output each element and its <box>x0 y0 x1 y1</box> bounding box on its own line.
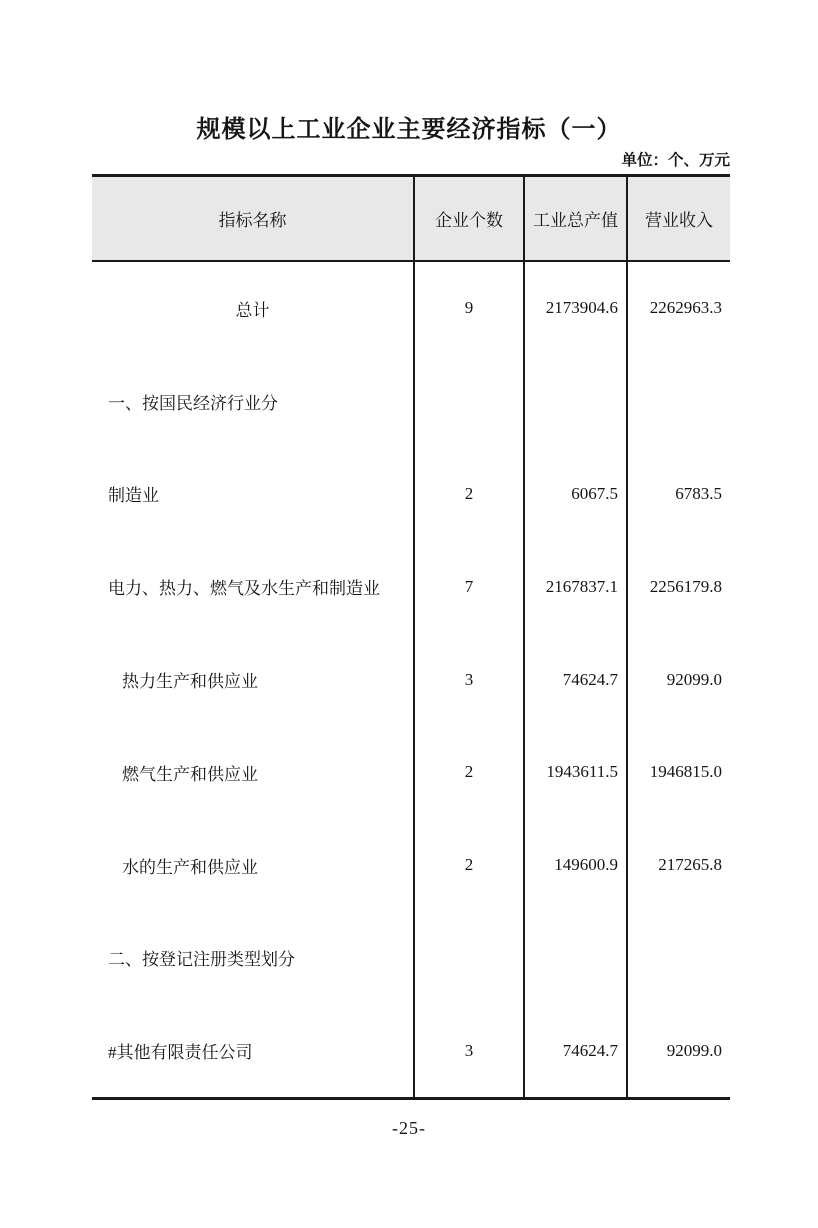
row-output: 2167837.1 <box>523 540 626 633</box>
row-label: 制造业 <box>92 448 413 541</box>
row-count: 9 <box>413 262 523 355</box>
row-output: 6067.5 <box>523 448 626 541</box>
row-revenue: 217265.8 <box>626 819 730 912</box>
table-row: 水的生产和供应业 2 149600.9 217265.8 <box>92 819 730 912</box>
table-row: #其他有限责任公司 3 74624.7 92099.0 <box>92 1004 730 1097</box>
column-header-operating-revenue: 营业收入 <box>626 177 730 260</box>
row-label: 水的生产和供应业 <box>92 819 413 912</box>
row-revenue <box>626 912 730 1005</box>
row-count <box>413 912 523 1005</box>
table-row: 二、按登记注册类型划分 <box>92 912 730 1005</box>
row-count: 2 <box>413 448 523 541</box>
row-label: 热力生产和供应业 <box>92 633 413 726</box>
table-row: 制造业 2 6067.5 6783.5 <box>92 448 730 541</box>
row-output: 1943611.5 <box>523 726 626 819</box>
page-number: -25- <box>0 1118 818 1139</box>
row-revenue: 1946815.0 <box>626 726 730 819</box>
indicators-table: 指标名称 企业个数 工业总产值 营业收入 总计 9 2173904.6 2262… <box>92 174 730 1100</box>
column-header-indicator-name: 指标名称 <box>92 177 413 260</box>
row-revenue: 92099.0 <box>626 633 730 726</box>
row-count: 3 <box>413 633 523 726</box>
row-revenue: 2256179.8 <box>626 540 730 633</box>
row-output: 149600.9 <box>523 819 626 912</box>
row-count: 2 <box>413 726 523 819</box>
row-count <box>413 355 523 448</box>
row-count: 7 <box>413 540 523 633</box>
table-header-row: 指标名称 企业个数 工业总产值 营业收入 <box>92 177 730 262</box>
row-count: 3 <box>413 1004 523 1097</box>
row-revenue: 2262963.3 <box>626 262 730 355</box>
row-revenue: 92099.0 <box>626 1004 730 1097</box>
column-header-gross-output: 工业总产值 <box>523 177 626 260</box>
row-label: 燃气生产和供应业 <box>92 726 413 819</box>
row-output <box>523 912 626 1005</box>
row-label: 电力、热力、燃气及水生产和制造业 <box>92 540 413 633</box>
row-label: 二、按登记注册类型划分 <box>92 912 413 1005</box>
row-label: #其他有限责任公司 <box>92 1004 413 1097</box>
row-label: 总计 <box>92 262 413 355</box>
row-output <box>523 355 626 448</box>
table-row: 一、按国民经济行业分 <box>92 355 730 448</box>
table-row: 总计 9 2173904.6 2262963.3 <box>92 262 730 355</box>
table-row: 燃气生产和供应业 2 1943611.5 1946815.0 <box>92 726 730 819</box>
row-output: 2173904.6 <box>523 262 626 355</box>
row-label: 一、按国民经济行业分 <box>92 355 413 448</box>
row-revenue: 6783.5 <box>626 448 730 541</box>
column-header-enterprise-count: 企业个数 <box>413 177 523 260</box>
table-row: 热力生产和供应业 3 74624.7 92099.0 <box>92 633 730 726</box>
document-page: 规模以上工业企业主要经济指标（一） 单位：个、万元 指标名称 企业个数 工业总产… <box>0 0 818 1228</box>
row-count: 2 <box>413 819 523 912</box>
table-row: 电力、热力、燃气及水生产和制造业 7 2167837.1 2256179.8 <box>92 540 730 633</box>
row-output: 74624.7 <box>523 1004 626 1097</box>
unit-note: 单位：个、万元 <box>92 148 730 174</box>
row-revenue <box>626 355 730 448</box>
page-title: 规模以上工业企业主要经济指标（一） <box>0 0 818 148</box>
row-output: 74624.7 <box>523 633 626 726</box>
